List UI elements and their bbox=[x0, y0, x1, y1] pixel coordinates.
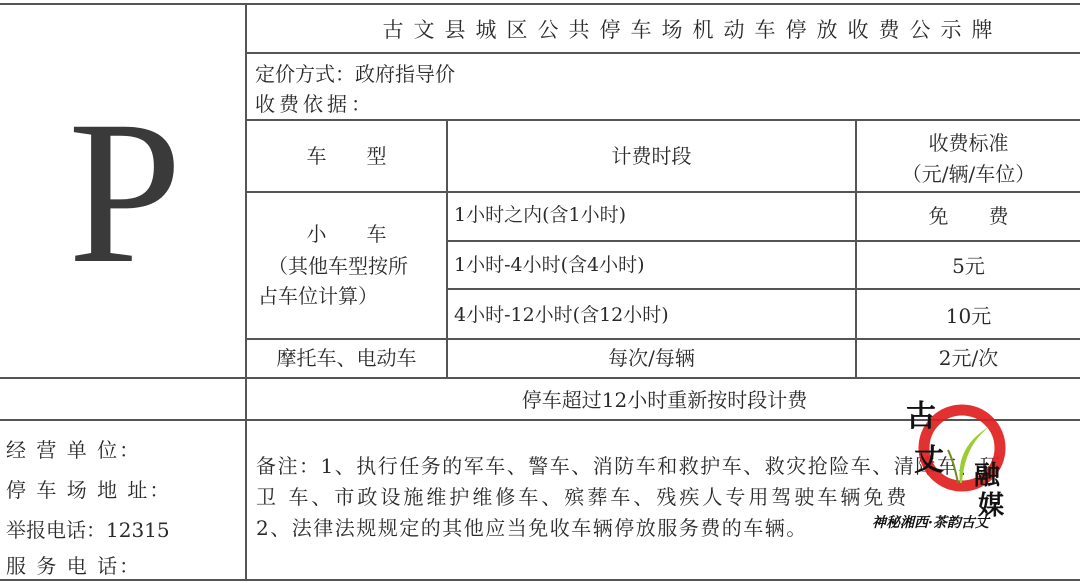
remarks-line-3: 2、法律法规规定的其他应当免收车辆停放服务费的车辆。 bbox=[256, 518, 808, 538]
header-fee-standard: 收费标准 bbox=[857, 133, 1080, 153]
rule-under-pricing bbox=[245, 119, 1080, 121]
report-phone-value: 12315 bbox=[106, 518, 170, 542]
col-divider-2 bbox=[855, 119, 857, 378]
operator-label: 经 营 单 位： bbox=[6, 438, 141, 462]
border-top bbox=[0, 3, 1080, 5]
motorcycle-period: 每次/每辆 bbox=[448, 348, 855, 368]
report-phone: 举报电话：12315 bbox=[6, 520, 170, 540]
pricing-method-value: 政府指导价 bbox=[355, 62, 455, 86]
fee-basis-label: 收费依据： bbox=[255, 92, 375, 116]
report-phone-label: 举报电话： bbox=[6, 518, 106, 542]
header-vehicle-type: 车 型 bbox=[247, 146, 446, 166]
svg-text:丈: 丈 bbox=[914, 443, 944, 478]
divider-left-column bbox=[245, 3, 247, 581]
fee-basis: 收费依据： bbox=[255, 94, 375, 114]
watermark-logo: 古 丈 融 媒 bbox=[900, 388, 1030, 528]
header-time-period: 计费时段 bbox=[448, 146, 855, 166]
watermark-slogan: 神秘湘西·茶韵古丈 bbox=[872, 516, 989, 530]
motorcycle-fee: 2元/次 bbox=[857, 348, 1080, 368]
fee-row-1: 免 费 bbox=[857, 206, 1080, 226]
address: 停 车 场 地 址： bbox=[6, 480, 171, 500]
rule-under-header bbox=[245, 191, 1080, 193]
fee-row-3: 10元 bbox=[857, 306, 1080, 326]
border-bottom bbox=[0, 579, 1080, 581]
service-phone: 服 务 电 话： bbox=[6, 556, 141, 576]
rule-row1 bbox=[447, 240, 1080, 242]
motorcycle-label: 摩托车、电动车 bbox=[247, 348, 446, 368]
period-row-2: 1小时-4小时(含4小时) bbox=[454, 256, 645, 275]
page-title: 古文县城区公共停车场机动车停放收费公示牌 bbox=[245, 20, 1080, 41]
remarks-line-1: 备注：1、执行任务的军车、警车、消防车和救护车、救灾抢险车、清障车、环 bbox=[256, 456, 1001, 476]
parking-symbol: P bbox=[68, 90, 182, 295]
svg-text:融: 融 bbox=[974, 461, 1001, 491]
address-label: 停 车 场 地 址： bbox=[6, 478, 171, 502]
rule-row2 bbox=[447, 288, 1080, 290]
operator: 经 营 单 位： bbox=[6, 440, 141, 460]
period-row-1: 1小时之内(含1小时) bbox=[454, 206, 626, 225]
svg-text:古: 古 bbox=[906, 399, 936, 434]
small-car-note-1: （其他车型按所 bbox=[268, 256, 408, 276]
service-phone-label: 服 务 电 话： bbox=[6, 554, 141, 578]
remarks-line-2: 卫 车、市政设施维护维修车、殡葬车、残疾人专用驾驶车辆免费 bbox=[256, 487, 909, 507]
rule-under-title bbox=[245, 52, 1080, 54]
fee-row-2: 5元 bbox=[857, 256, 1080, 276]
period-row-3: 4小时-12小时(含12小时) bbox=[454, 306, 669, 325]
small-car-note-2: 占车位计算） bbox=[258, 286, 378, 306]
rule-under-smallcar bbox=[245, 338, 1080, 340]
rule-under-motorcycle bbox=[0, 377, 1080, 379]
header-fee-unit: （元/辆/车位） bbox=[857, 164, 1080, 184]
red-ring-leaf-icon: 古 丈 融 媒 bbox=[900, 388, 1030, 528]
pricing-method: 定价方式：政府指导价 bbox=[255, 64, 455, 84]
pricing-method-label: 定价方式： bbox=[255, 62, 355, 86]
small-car-label: 小 车 bbox=[247, 224, 446, 244]
